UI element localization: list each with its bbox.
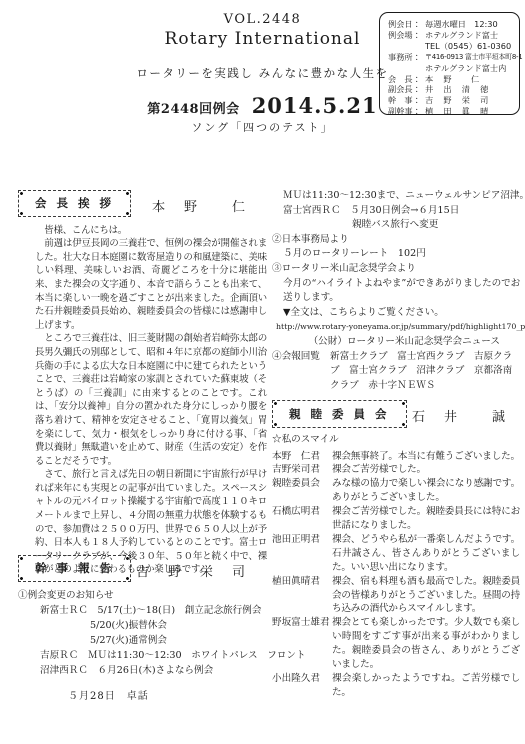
secretary-item: 沼津西ＲＣ ６月26日(木)さよなら例会 [18, 663, 260, 678]
info-row-venue: 例会場：ホテルグランド富士 [388, 30, 514, 41]
smile-list: 本野 仁君 裸会無事終了。本当に有難うございました。 吉野栄司君 裸会ご苦労様で… [272, 450, 520, 700]
smile-member-name: 植田眞晴君 [272, 575, 332, 617]
info-value: ホテルグランド富士内 [425, 63, 514, 74]
info-value: 本 野 仁 [425, 74, 514, 85]
info-row-secretary: 幹 事：吉 野 栄 司 [388, 95, 514, 106]
smile-member-name: 本野 仁君 [272, 450, 332, 464]
smile-member-name: 池田正明君 [272, 533, 332, 575]
info-row-vice-secretary: 副幹事：植 田 眞 晴 [388, 106, 514, 117]
smile-comment: 裸会、どうやら私が一番楽しんだようです。石井誠さん、皆さんありがとうございました… [332, 533, 520, 575]
mu-line: ＭＵは11:30～12:30まで、ニューウェルサンピア沼津。 [272, 189, 520, 204]
section-title-box: 幹 事 報 告 [18, 555, 131, 582]
song-line: ソング「四つのテスト」 [0, 119, 525, 135]
smile-comment: 裸会ご苦労様でした。 [332, 463, 520, 477]
item4-clubs: 新富士クラブ 富士宮西クラブ 吉原クラブ 富士宮クラブ 沼津クラブ 京都洛南クラ… [330, 350, 520, 394]
secretary-item: 吉原ＲＣ ＭＵは11:30～12:30 ホワイトパレス フロント [18, 648, 260, 663]
info-value: 井 出 清 徳 [425, 84, 514, 95]
greeting-paragraph: 前週は伊豆長岡の三養荘で、恒例の裸会が開催されました。壮大な日本庭園に数寄屋造り… [35, 237, 267, 332]
smile-row: 小出隆久君 裸会楽しかったようですね。ご苦労様でした。 [272, 672, 520, 700]
item2-heading: ②日本事務局より [272, 233, 520, 248]
info-row-president: 会 長：本 野 仁 [388, 74, 514, 85]
smile-row: 池田正明君 裸会、どうやら私が一番楽しんだようです。石井誠さん、皆さんありがとう… [272, 533, 520, 575]
smile-row: 吉野栄司君 裸会ご苦労様でした。 [272, 463, 520, 477]
secretary-item: ①例会変更のお知らせ [18, 588, 260, 603]
smile-row: 植田眞晴君 裸会、宿も料理も酒も最高でした。親睦委員会の皆様ありがとうございまし… [272, 575, 520, 617]
club-change-line: 富士宮西ＲＣ ５月30日例会→６月15日 [272, 204, 520, 219]
greeting-text: 皆様、こんにちは。 前週は伊豆長岡の三養荘で、恒例の裸会が開催されました。壮大な… [35, 224, 267, 577]
info-label: 幹 事： [388, 95, 425, 106]
meeting-number: 第2448回例会 [147, 102, 239, 117]
smile-member-name: 野坂富士雄君 [272, 616, 332, 672]
info-label: 副幹事： [388, 106, 425, 117]
smile-member-name: 石橋広明君 [272, 505, 332, 533]
info-value: TEL（0545）61-0360 [425, 41, 514, 52]
smile-comment: 裸会ご苦労様でした。親睦委員長には特にお世話になりました。 [332, 505, 520, 533]
smile-row: 野坂富士雄君 裸会とても楽しかったです。少人数でも楽しい時間をすごす事が出来る事… [272, 616, 520, 672]
smile-heading: ☆私のスマイル [272, 433, 520, 448]
yoneyama-highlight-text: 今月の“ハイライトよねやま”ができあがりましたのでお送りします。 [272, 277, 520, 306]
president-greeting-section: 会 長 挨 拶 本 野 仁 皆様、こんにちは。 前週は伊豆長岡の三養荘で、恒例の… [18, 190, 260, 577]
info-value: 吉 野 栄 司 [425, 95, 514, 106]
secretary-item: 新富士ＲＣ 5/17(土)～18(日) 創立記念旅行例会 [18, 603, 260, 618]
info-label [388, 41, 425, 52]
info-value: 植 田 眞 晴 [425, 106, 514, 117]
greeting-paragraph: 皆様、こんにちは。 [35, 224, 267, 238]
rotary-rate-line: ５月のロータリーレート 102円 [272, 247, 520, 262]
greeting-paragraph: ところで三養荘は、旧三菱財閥の創始者岩崎弥太郎の長男久彌氏の別邸として、昭和４年… [35, 332, 267, 468]
meeting-date: 2014.5.21 [252, 93, 378, 118]
club-info-box: 例会日：毎週水曜日 12:30 例会場：ホテルグランド富士 TEL（0545）6… [379, 12, 520, 115]
item3-heading: ③ロータリー米山記念奨学会より [272, 262, 520, 277]
fellowship-section-header: 親 睦 委 員 会 石 井 誠 [272, 400, 520, 428]
president-section-header: 会 長 挨 拶 本 野 仁 [18, 190, 260, 217]
smile-row: 親睦委員会 みな様の協力で楽しい裸会になり感謝です。ありがとうございました。 [272, 477, 520, 505]
right-column: ＭＵは11:30～12:30まで、ニューウェルサンピア沼津。 富士宮西ＲＣ ５月… [272, 189, 520, 700]
link-intro-line: ▼全文は、こちらよりご覧ください。 [272, 306, 520, 321]
info-value: 毎週水曜日 12:30 [425, 19, 514, 30]
smile-comment: 裸会とても楽しかったです。少人数でも楽しい時間をすごす事が出来る事がわかりました… [332, 616, 520, 672]
bulletin-page: VOL.2448 Rotary International ロータリーを実践し … [0, 0, 525, 744]
smile-comment: 裸会無事終了。本当に有難うございました。 [332, 450, 520, 464]
info-row-office2: ホテルグランド富士内 [388, 63, 514, 74]
secretary-item: 5/20(火)振替休会 [18, 618, 260, 633]
smile-member-name: 小出隆久君 [272, 672, 332, 700]
smile-row: 石橋広明君 裸会ご苦労様でした。親睦委員長には特にお世話になりました。 [272, 505, 520, 533]
smile-member-name: 親睦委員会 [272, 477, 332, 505]
info-label: 会 長： [388, 74, 425, 85]
smile-row: 本野 仁君 裸会無事終了。本当に有難うございました。 [272, 450, 520, 464]
info-label [388, 63, 425, 74]
info-value: 〒416-0913 富士市平垣本町8-1 [425, 52, 522, 63]
smile-comment: みな様の協力で楽しい裸会になり感謝です。ありがとうございました。 [332, 477, 520, 505]
info-label: 例会場： [388, 30, 425, 41]
bus-trip-line: 親睦バス旅行へ変更 [272, 218, 520, 233]
next-meeting-note: ５月28日 卓話 [68, 687, 149, 702]
secretary-items: ①例会変更のお知らせ 新富士ＲＣ 5/17(土)～18(日) 創立記念旅行例会 … [18, 588, 260, 678]
bulletin-circulation-row: ④会報回覧 新富士クラブ 富士宮西クラブ 吉原クラブ 富士宮クラブ 沼津クラブ … [272, 350, 520, 394]
info-label: 例会日： [388, 19, 425, 30]
secretary-name: 吉 野 栄 司 [136, 566, 260, 580]
info-row-office: 事務所：〒416-0913 富士市平垣本町8-1 [388, 52, 514, 63]
president-name: 本 野 仁 [152, 201, 260, 215]
yoneyama-url-link[interactable]: http://www.rotary-yoneyama.or.jp/summary… [272, 320, 520, 335]
secretary-section-header: 幹 事 報 告 吉 野 栄 司 [18, 555, 260, 582]
yoneyama-credit-line: （公財）ロータリー米山記念奨学会ニュース [272, 335, 520, 350]
secretary-report-section: 幹 事 報 告 吉 野 栄 司 ①例会変更のお知らせ 新富士ＲＣ 5/17(土)… [18, 555, 260, 678]
section-title-box: 会 長 挨 拶 [18, 190, 131, 217]
info-row-vice-president: 副会長：井 出 清 徳 [388, 84, 514, 95]
smile-comment: 裸会、宿も料理も酒も最高でした。親睦委員会の皆様ありがとうございました。昼間の持… [332, 575, 520, 617]
section-title-box: 親 睦 委 員 会 [272, 400, 407, 428]
secretary-item: 5/27(火)通常例会 [18, 633, 260, 648]
info-row-tel: TEL（0545）61-0360 [388, 41, 514, 52]
fellowship-chair-name: 石 井 誠 [412, 411, 520, 426]
info-label: 事務所： [388, 52, 425, 63]
smile-member-name: 吉野栄司君 [272, 463, 332, 477]
info-row-meeting-day: 例会日：毎週水曜日 12:30 [388, 19, 514, 30]
item4-label: ④会報回覧 [272, 350, 330, 394]
info-label: 副会長： [388, 84, 425, 95]
info-value: ホテルグランド富士 [425, 30, 514, 41]
smile-comment: 裸会楽しかったようですね。ご苦労様でした。 [332, 672, 520, 700]
